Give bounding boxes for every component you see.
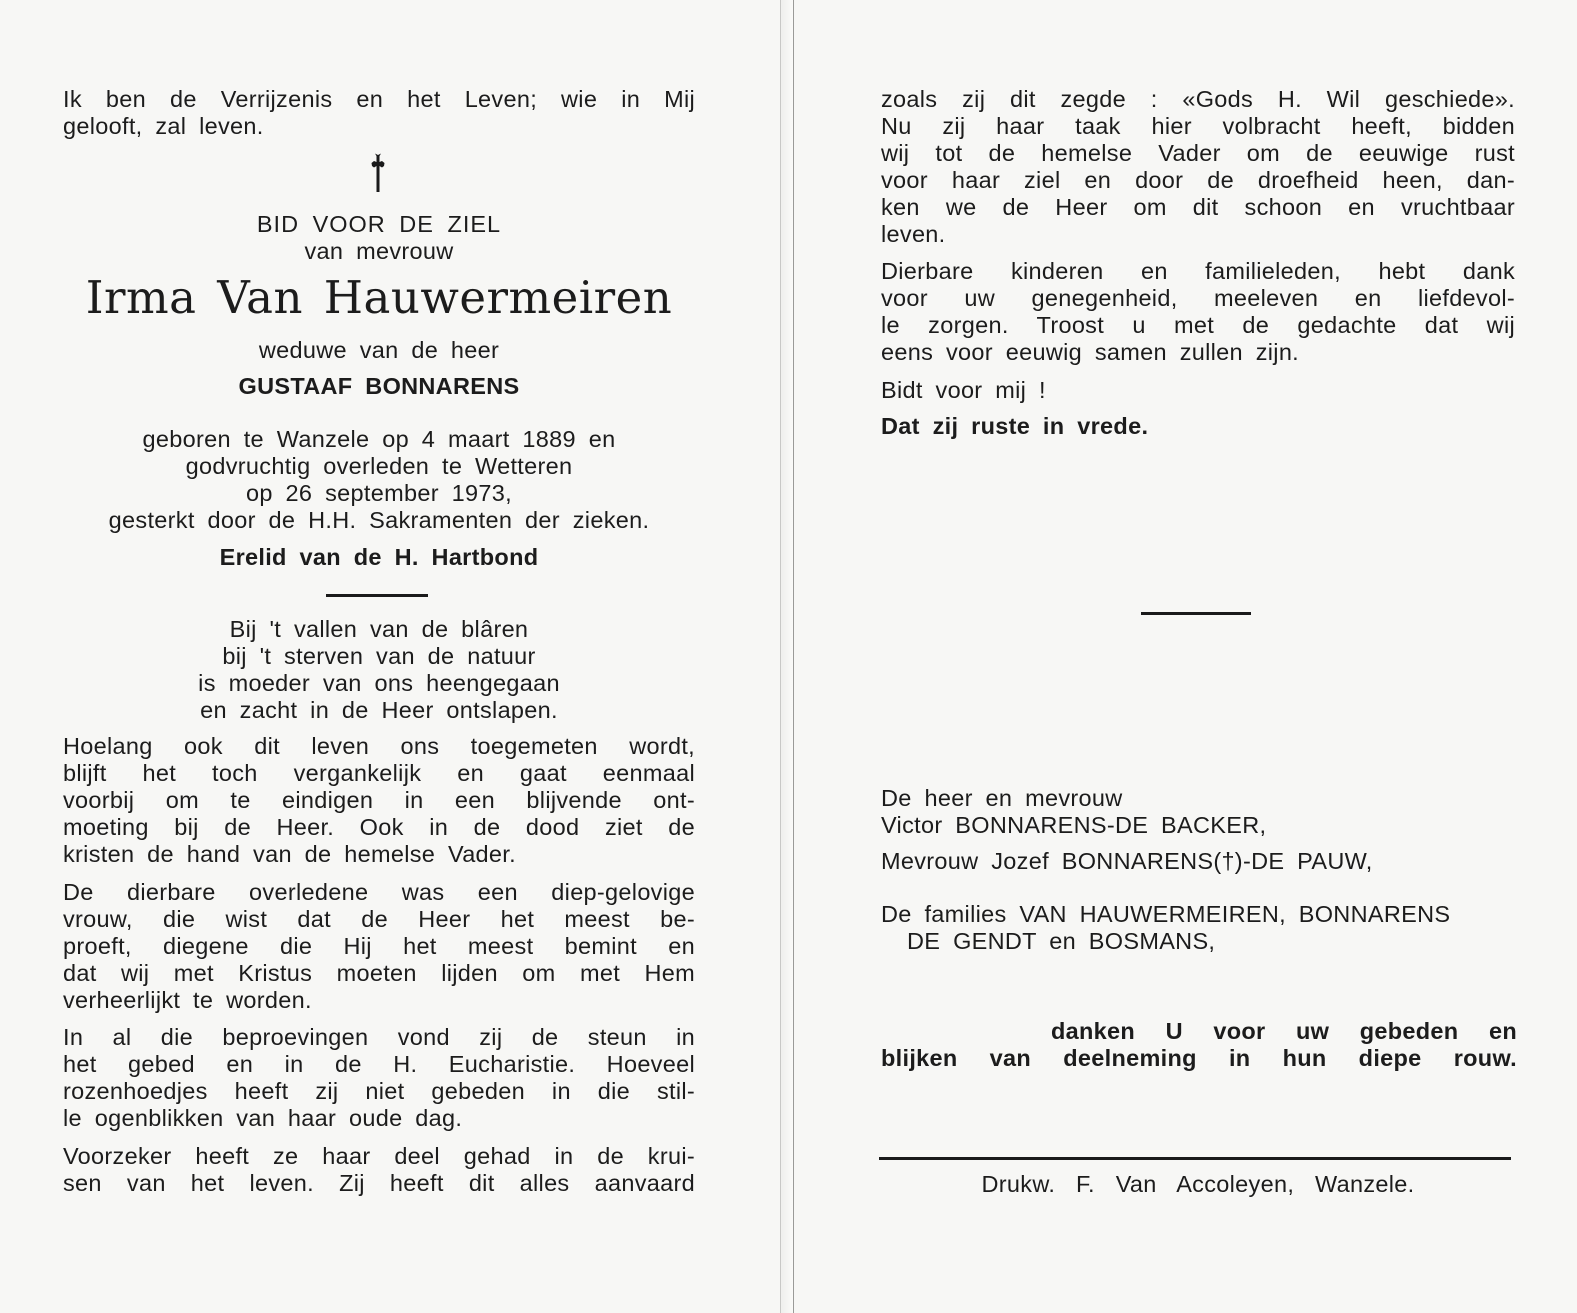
printer-divider <box>879 1157 1511 1160</box>
family-line-3: Mevrouw Jozef BONNARENS(†)-DE PAUW, <box>881 848 1515 876</box>
family-line-1: De heer en mevrouw <box>881 785 1515 813</box>
paragraph-2-line-4: dat wij met Kristus moeten lijden om met… <box>63 960 695 988</box>
paragraph-4-line-1: Voorzeker heeft ze haar deel gehad in de… <box>63 1143 695 1171</box>
r-paragraph-2-line-3: le zorgen. Troost u met de gedachte dat … <box>881 312 1515 340</box>
family-line-2: Victor BONNARENS-DE BACKER, <box>881 812 1515 840</box>
honorary-membership: Erelid van de H. Hartbond <box>63 544 695 572</box>
poem-line-2: bij 't sterven van de natuur <box>63 643 695 671</box>
pray-heading: BID VOOR DE ZIEL <box>63 211 695 239</box>
latin-cross-icon <box>363 152 393 194</box>
section-divider <box>326 594 428 597</box>
r-paragraph-1-line-2: Nu zij haar taak hier volbracht heeft, b… <box>881 113 1515 141</box>
thanks-line-1: danken U voor uw gebeden en <box>1051 1018 1517 1046</box>
r-paragraph-2-line-4: eens voor eeuwig samen zullen zijn. <box>881 339 1515 367</box>
paragraph-3-line-2: het gebed en in de H. Eucharistie. Hoeve… <box>63 1051 695 1079</box>
r-paragraph-1-line-4: voor haar ziel en door de droefheid heen… <box>881 167 1515 195</box>
details-line-4: gesterkt door de H.H. Sakramenten der zi… <box>57 507 701 535</box>
paragraph-3-line-1: In al die beproevingen vond zij de steun… <box>63 1024 695 1052</box>
section-divider-right <box>1141 612 1251 615</box>
poem-line-3: is moeder van ons heengegaan <box>63 670 695 698</box>
plea-text: Bidt voor mij ! <box>881 377 1515 405</box>
details-line-1: geboren te Wanzele op 4 maart 1889 en <box>63 426 695 454</box>
r-paragraph-1-line-3: wij tot de hemelse Vader om de eeuwige r… <box>881 140 1515 168</box>
paragraph-2-line-3: proeft, diegene die Hij het meest bemint… <box>63 933 695 961</box>
family-line-4: De families VAN HAUWERMEIREN, BONNARENS <box>881 901 1515 929</box>
r-paragraph-2-line-2: voor uw genegenheid, meeleven en liefdev… <box>881 285 1515 313</box>
memorial-card: Ik ben de Verrijzenis en het Leven; wie … <box>0 0 1577 1313</box>
printer-credit: Drukw. F. Van Accoleyen, Wanzele. <box>881 1171 1515 1199</box>
r-paragraph-1-line-5: ken we de Heer om dit schoon en vruchtba… <box>881 194 1515 222</box>
r-paragraph-1-line-1: zoals zij dit zegde : «Gods H. Wil gesch… <box>881 86 1515 114</box>
r-paragraph-2-line-1: Dierbare kinderen en familieleden, hebt … <box>881 258 1515 286</box>
family-line-5: DE GENDT en BOSMANS, <box>907 928 1515 956</box>
paragraph-4-line-2: sen van het leven. Zij heeft dit alles a… <box>63 1170 695 1198</box>
paragraph-1-line-5: kristen de hand van de hemelse Vader. <box>63 841 695 869</box>
details-line-2: godvruchtig overleden te Wetteren <box>63 453 695 481</box>
poem-line-4: en zacht in de Heer ontslapen. <box>63 697 695 725</box>
poem-line-1: Bij 't vallen van de blâren <box>63 616 695 644</box>
scripture-line-1: Ik ben de Verrijzenis en het Leven; wie … <box>63 86 695 114</box>
paragraph-1-line-3: voorbij om te eindigen in een blijvende … <box>63 787 695 815</box>
paragraph-3-line-4: le ogenblikken van haar oude dag. <box>63 1105 695 1133</box>
pray-subheading: van mevrouw <box>63 238 695 266</box>
details-line-3: op 26 september 1973, <box>63 480 695 508</box>
deceased-name: Irma Van Hauwermeiren <box>43 272 715 324</box>
widow-of-label: weduwe van de heer <box>63 337 695 365</box>
paragraph-2-line-5: verheerlijkt te worden. <box>63 987 695 1015</box>
scripture-line-2: gelooft, zal leven. <box>63 113 695 141</box>
paragraph-1-line-1: Hoelang ook dit leven ons toegemeten wor… <box>63 733 695 761</box>
paragraph-2-line-2: vrouw, die wist dat de Heer het meest be… <box>63 906 695 934</box>
center-fold <box>780 0 794 1313</box>
closing-prayer: Dat zij ruste in vrede. <box>881 413 1515 441</box>
paragraph-3-line-3: rozenhoedjes heeft zij niet gebeden in d… <box>63 1078 695 1106</box>
thanks-line-2: blijken van deelneming in hun diepe rouw… <box>881 1045 1517 1073</box>
paragraph-2-line-1: De dierbare overledene was een diep-gelo… <box>63 879 695 907</box>
r-paragraph-1-line-6: leven. <box>881 221 1515 249</box>
paragraph-1-line-4: moeting bij de Heer. Ook in de dood ziet… <box>63 814 695 842</box>
paragraph-1-line-2: blijft het toch vergankelijk en gaat een… <box>63 760 695 788</box>
spouse-name: GUSTAAF BONNARENS <box>63 373 695 401</box>
